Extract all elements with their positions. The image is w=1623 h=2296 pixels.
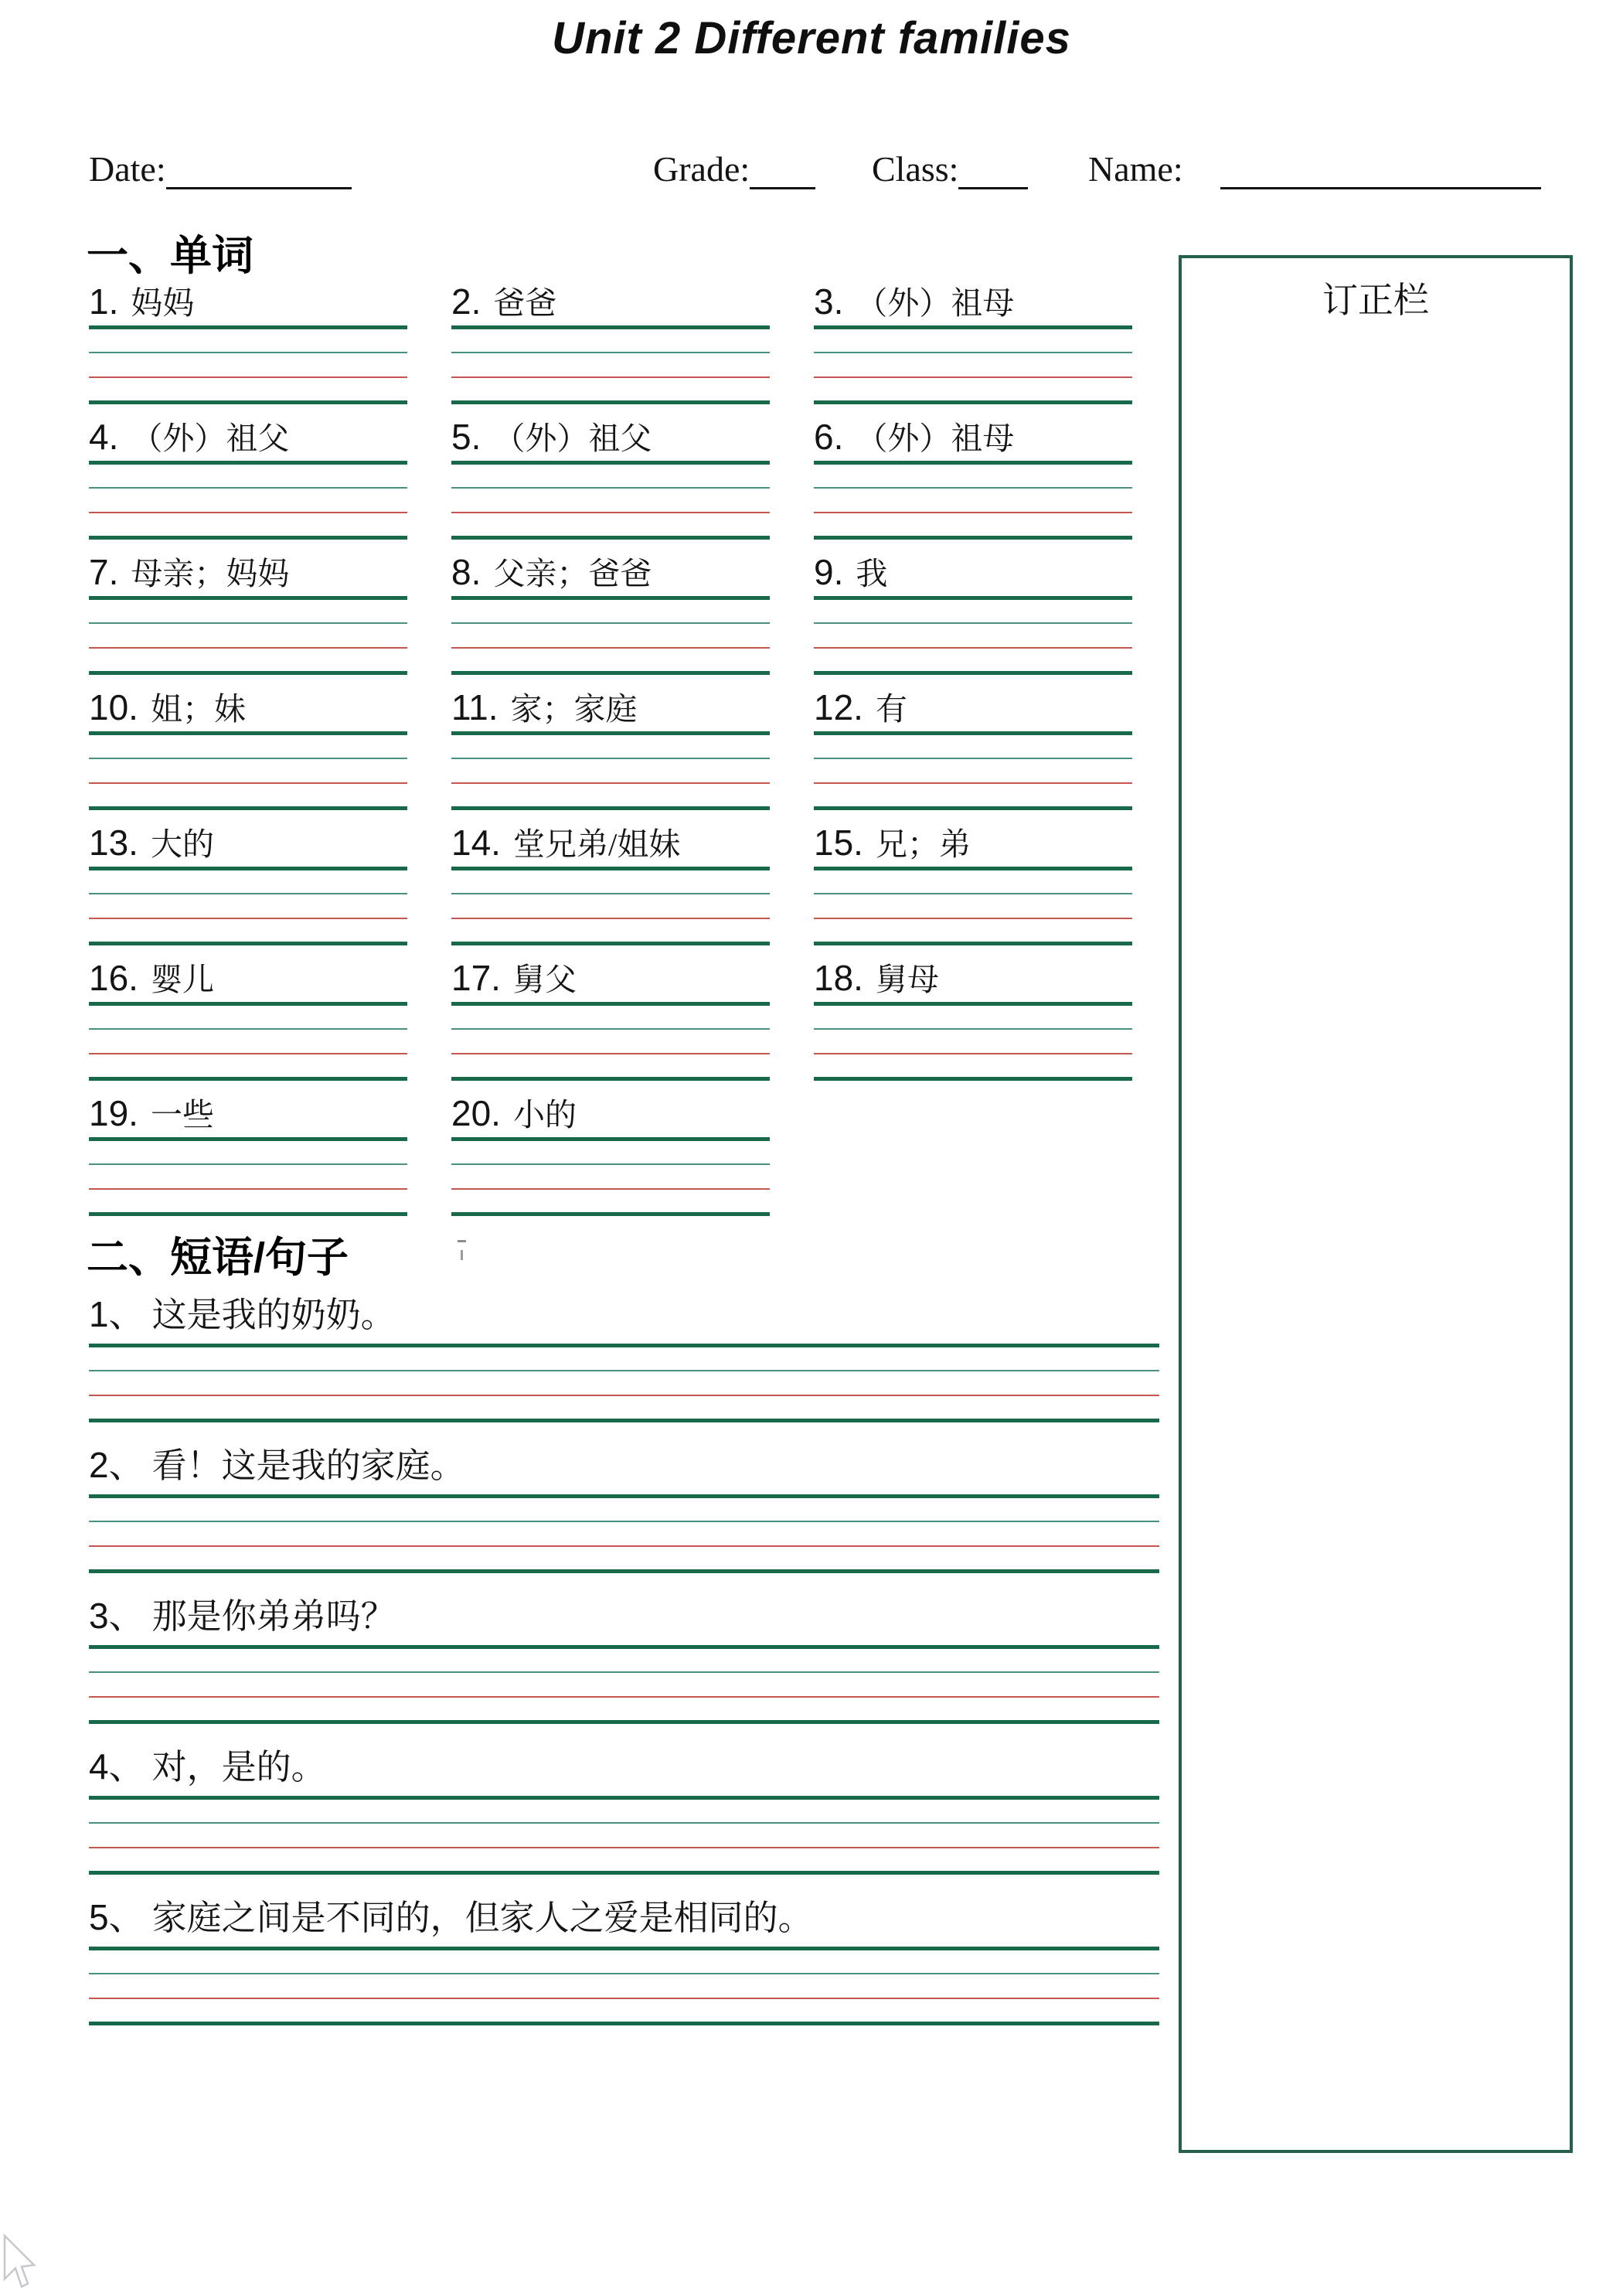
- phrase-number: 4、: [89, 1746, 145, 1787]
- word-label: 大的: [151, 826, 214, 862]
- word-number: 18.: [814, 958, 863, 998]
- word-number: 17.: [451, 958, 501, 998]
- correction-box[interactable]: 订正栏: [1179, 255, 1573, 2153]
- word-label: 舅父: [513, 962, 577, 997]
- grade-field: Grade:: [653, 148, 815, 189]
- word-label: 舅母: [876, 962, 939, 997]
- writing-lines[interactable]: [89, 1947, 1159, 2025]
- word-label: 爸爸: [493, 285, 556, 321]
- phrase-item: 2、看！这是我的家庭。: [89, 1445, 1159, 1573]
- writing-lines[interactable]: [451, 1137, 770, 1216]
- word-item: 20.小的: [451, 1095, 770, 1216]
- writing-lines[interactable]: [814, 596, 1132, 675]
- writing-lines[interactable]: [814, 461, 1132, 540]
- writing-lines[interactable]: [89, 1494, 1159, 1573]
- word-label: 有: [876, 691, 907, 727]
- word-number: 2.: [451, 281, 481, 322]
- date-label: Date:: [89, 149, 166, 189]
- word-item: 7.母亲；妈妈: [89, 554, 407, 675]
- writing-lines[interactable]: [89, 731, 407, 810]
- writing-lines[interactable]: [89, 867, 407, 945]
- phrase-label: 这是我的奶奶。: [152, 1296, 396, 1334]
- class-label: Class:: [872, 149, 958, 189]
- name-label: Name:: [1088, 149, 1183, 189]
- phrase-number: 1、: [89, 1294, 145, 1334]
- word-item: 3.（外）祖母: [814, 283, 1132, 404]
- word-label: （外）祖父: [493, 421, 652, 456]
- phrase-item: 1、这是我的奶奶。: [89, 1294, 1159, 1422]
- word-item: 4.（外）祖父: [89, 418, 407, 540]
- word-item: 8.父亲；爸爸: [451, 554, 770, 675]
- word-number: 4.: [89, 417, 118, 457]
- word-number: 12.: [814, 687, 863, 727]
- writing-lines[interactable]: [451, 867, 770, 945]
- date-blank[interactable]: [166, 156, 352, 189]
- writing-lines[interactable]: [451, 461, 770, 540]
- writing-lines[interactable]: [89, 1344, 1159, 1422]
- phrase-label: 家庭之间是不同的，但家人之爱是相同的。: [152, 1899, 813, 1937]
- writing-lines[interactable]: [89, 1796, 1159, 1875]
- word-label: 婴儿: [151, 962, 214, 997]
- word-number: 13.: [89, 823, 138, 863]
- word-number: 7.: [89, 552, 118, 592]
- word-item: 15.兄；弟: [814, 824, 1132, 945]
- word-label: 妈妈: [131, 285, 194, 321]
- writing-lines[interactable]: [89, 1002, 407, 1081]
- header-fields: Date: Grade: Class: Name:: [0, 148, 1623, 198]
- correction-box-title: 订正栏: [1182, 272, 1570, 323]
- word-item: 5.（外）祖父: [451, 418, 770, 540]
- writing-lines[interactable]: [814, 325, 1132, 404]
- word-number: 10.: [89, 687, 138, 727]
- writing-lines[interactable]: [89, 596, 407, 675]
- word-number: 5.: [451, 417, 481, 457]
- word-number: 14.: [451, 823, 501, 863]
- writing-lines[interactable]: [814, 867, 1132, 945]
- class-field: Class:: [872, 148, 1028, 189]
- phrases-section-heading: 二、短语/句子: [87, 1225, 349, 1284]
- phrase-item: 3、那是你弟弟吗？: [89, 1596, 1159, 1724]
- word-item: 19.一些: [89, 1095, 407, 1216]
- word-label: 姐；妹: [151, 691, 246, 727]
- phrase-label: 那是你弟弟吗？: [152, 1597, 396, 1636]
- page-title: Unit 2 Different families: [0, 12, 1623, 64]
- writing-lines[interactable]: [814, 1002, 1132, 1081]
- words-section-heading: 一、单词: [87, 223, 253, 282]
- word-number: 20.: [451, 1093, 501, 1133]
- writing-lines[interactable]: [451, 596, 770, 675]
- writing-lines[interactable]: [89, 325, 407, 404]
- grade-label: Grade:: [653, 149, 750, 189]
- name-field: Name:: [1088, 148, 1541, 189]
- phrase-item: 4、对，是的。: [89, 1746, 1159, 1875]
- word-label: 兄；弟: [876, 826, 971, 862]
- word-label: （外）祖父: [131, 421, 289, 456]
- grade-blank[interactable]: [750, 156, 815, 189]
- word-number: 19.: [89, 1093, 138, 1133]
- phrase-label: 看！这是我的家庭。: [152, 1446, 465, 1485]
- word-item: 14.堂兄弟/姐妹: [451, 824, 770, 945]
- word-number: 6.: [814, 417, 843, 457]
- word-item: 17.舅父: [451, 959, 770, 1081]
- word-number: 16.: [89, 958, 138, 998]
- word-label: 母亲；妈妈: [131, 556, 289, 591]
- name-blank[interactable]: [1220, 156, 1541, 189]
- word-label: 一些: [151, 1097, 214, 1133]
- word-label: 家；家庭: [511, 691, 638, 727]
- word-item: 18.舅母: [814, 959, 1132, 1081]
- word-number: 3.: [814, 281, 843, 322]
- word-item: 6.（外）祖母: [814, 418, 1132, 540]
- phrase-number: 2、: [89, 1445, 145, 1485]
- stray-mark: [458, 1238, 470, 1266]
- word-number: 8.: [451, 552, 481, 592]
- phrase-number: 3、: [89, 1596, 145, 1636]
- writing-lines[interactable]: [89, 1645, 1159, 1724]
- writing-lines[interactable]: [814, 731, 1132, 810]
- word-label: （外）祖母: [856, 421, 1014, 456]
- word-item: 2.爸爸: [451, 283, 770, 404]
- word-item: 11.家；家庭: [451, 689, 770, 810]
- word-grid: 1.妈妈 2.爸爸 3.（外）祖母 4.（外）祖父 5.（外）祖父 6.（外）祖…: [89, 283, 1132, 1216]
- word-number: 15.: [814, 823, 863, 863]
- date-field: Date:: [89, 148, 352, 189]
- word-item: 13.大的: [89, 824, 407, 945]
- phrase-list: 1、这是我的奶奶。 2、看！这是我的家庭。 3、那是你弟弟吗？ 4、对，是的。 …: [89, 1294, 1159, 2048]
- class-blank[interactable]: [958, 156, 1028, 189]
- word-number: 9.: [814, 552, 843, 592]
- phrase-number: 5、: [89, 1897, 145, 1937]
- word-item: 12.有: [814, 689, 1132, 810]
- phrase-item: 5、家庭之间是不同的，但家人之爱是相同的。: [89, 1897, 1159, 2025]
- writing-lines[interactable]: [89, 1137, 407, 1216]
- word-label: 小的: [513, 1097, 577, 1133]
- writing-lines[interactable]: [451, 731, 770, 810]
- word-label: 堂兄弟/姐妹: [513, 826, 680, 862]
- word-number: 11.: [451, 687, 498, 727]
- phrase-label: 对，是的。: [152, 1748, 326, 1787]
- writing-lines[interactable]: [89, 461, 407, 540]
- word-label: 我: [856, 556, 887, 591]
- cursor-artifact: [0, 2233, 37, 2294]
- word-item: 1.妈妈: [89, 283, 407, 404]
- writing-lines[interactable]: [451, 325, 770, 404]
- word-number: 1.: [89, 281, 118, 322]
- word-label: （外）祖母: [856, 285, 1014, 321]
- word-item: 10.姐；妹: [89, 689, 407, 810]
- writing-lines[interactable]: [451, 1002, 770, 1081]
- word-item: 9.我: [814, 554, 1132, 675]
- word-item: 16.婴儿: [89, 959, 407, 1081]
- word-label: 父亲；爸爸: [493, 556, 652, 591]
